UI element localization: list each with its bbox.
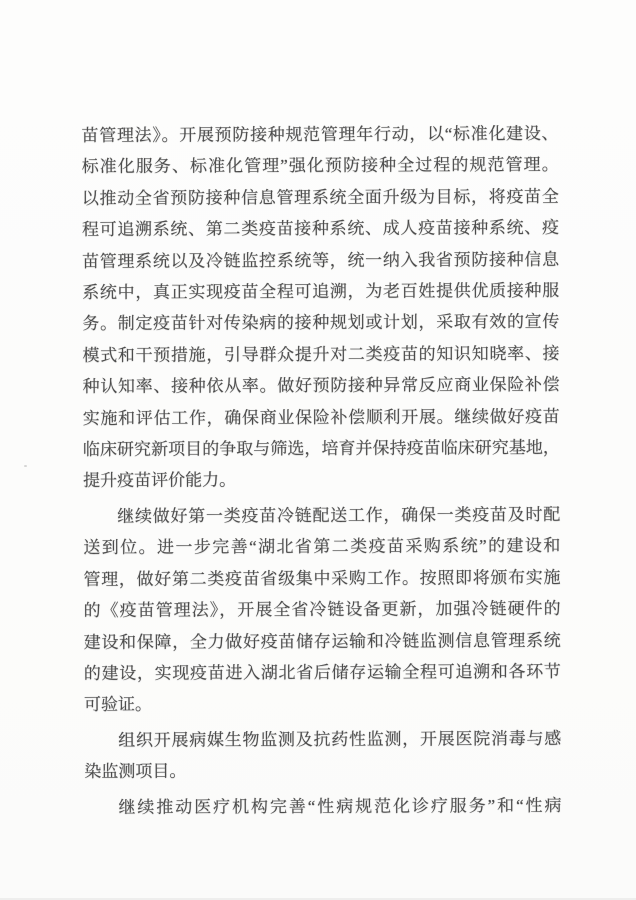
text-line: 管理，做好第二类疫苗省级集中采购工作。按照即将颁布实施 <box>83 562 560 595</box>
text-line: 苗管理法》。开展预防接种规范管理年行动，以“标准化建设、 <box>81 118 558 151</box>
text-line: 的建设，实现疫苗进入湖北省后储存运输全程可追溯和各环节 <box>84 656 561 689</box>
scan-noise-speck <box>24 465 27 467</box>
text-line: 标准化服务、标准化管理”强化预防接种全过程的规范管理。 <box>82 149 559 182</box>
document-text-block: 苗管理法》。开展预防接种规范管理年行动，以“标准化建设、标准化服务、标准化管理”… <box>81 118 561 823</box>
text-line: 组织开展病媒生物监测及抗药性监测，开展医院消毒与感 <box>84 723 561 756</box>
scanned-document-page: 苗管理法》。开展预防接种规范管理年行动，以“标准化建设、标准化服务、标准化管理”… <box>0 0 636 900</box>
text-line: 苗管理系统以及冷链监控系统等，统一纳入我省预防接种信息 <box>82 244 559 277</box>
text-line: 继续推动医疗机构完善“性病规范化诊疗服务”和“性病 <box>84 789 561 822</box>
text-line: 务。制定疫苗针对传染病的接种规划或计划，采取有效的宣传 <box>82 306 559 339</box>
text-line: 实施和评估工作，确保商业保险补偿顺利开展。继续做好疫苗 <box>83 401 560 434</box>
text-line: 的《疫苗管理法》，开展全省冷链设备更新，加强冷链硬件的 <box>84 593 561 626</box>
text-line: 模式和干预措施，引导群众提升对二类疫苗的知识知晓率、接 <box>82 338 559 371</box>
text-line: 临床研究新项目的争取与筛选，培育并保持疫苗临床研究基地， <box>83 432 560 465</box>
text-line: 种认知率、接种依从率。做好预防接种异常反应商业保险补偿 <box>83 369 560 402</box>
document-lines: 苗管理法》。开展预防接种规范管理年行动，以“标准化建设、标准化服务、标准化管理”… <box>81 118 561 823</box>
text-line: 程可追溯系统、第二类疫苗接种系统、成人疫苗接种系统、疫 <box>82 212 559 245</box>
text-line: 以推动全省预防接种信息管理系统全面升级为目标，将疫苗全 <box>82 181 559 214</box>
text-line: 提升疫苗评价能力。 <box>83 463 560 496</box>
text-line: 送到位。进一步完善“湖北省第二类疫苗采购系统”的建设和 <box>83 530 560 563</box>
text-line: 染监测项目。 <box>84 754 561 787</box>
text-line: 可验证。 <box>84 687 561 720</box>
text-line: 继续做好第一类疫苗冷链配送工作，确保一类疫苗及时配 <box>83 499 560 532</box>
text-line: 系统中，真正实现疫苗全程可追溯，为老百姓提供优质接种服 <box>82 275 559 308</box>
text-line: 建设和保障，全力做好疫苗储存运输和冷链监测信息管理系统 <box>84 624 561 657</box>
